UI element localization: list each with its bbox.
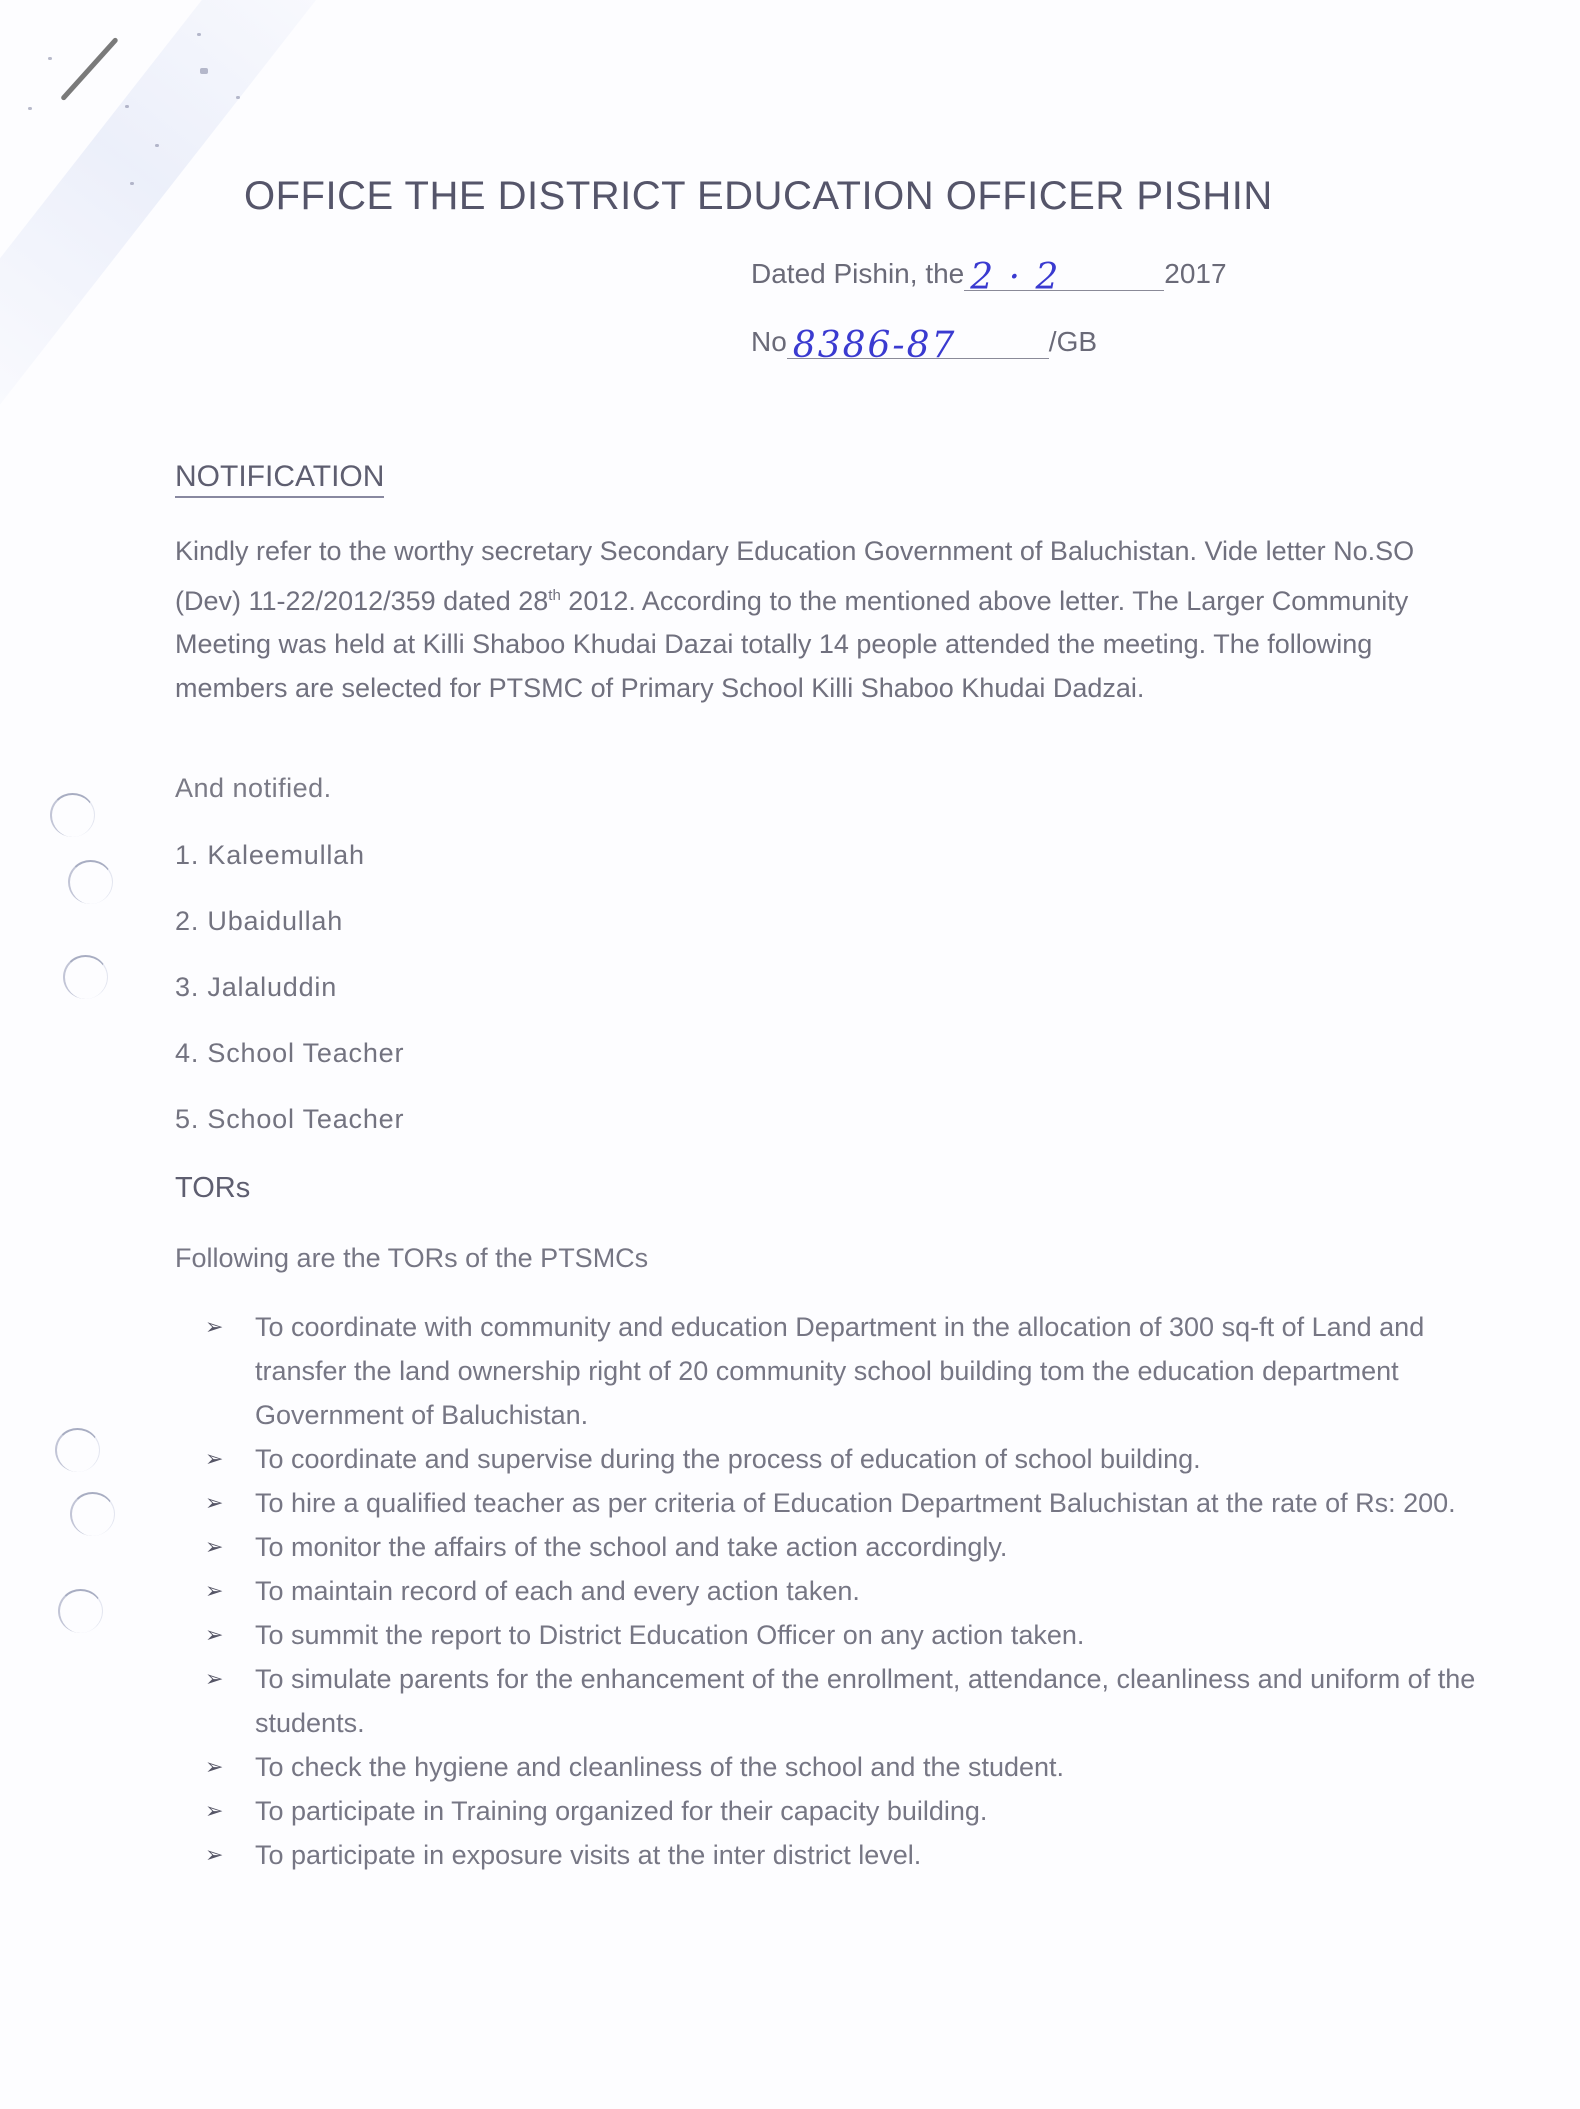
tor-item: ➢To check the hygiene and cleanliness of…: [200, 1745, 1490, 1789]
tor-item: ➢To maintain record of each and every ac…: [200, 1569, 1490, 1613]
handwritten-number: 8386-87: [793, 325, 957, 366]
arrow-bullet-icon: ➢: [205, 1569, 223, 1613]
dust-speck: [130, 182, 134, 185]
tor-text: To coordinate and supervise during the p…: [255, 1444, 1201, 1474]
arrow-bullet-icon: ➢: [205, 1525, 223, 1569]
tor-text: To check the hygiene and cleanliness of …: [255, 1752, 1064, 1782]
arrow-bullet-icon: ➢: [205, 1833, 223, 1877]
dust-speck: [125, 105, 129, 108]
notification-paragraph: Kindly refer to the worthy secretary Sec…: [175, 530, 1485, 710]
dust-speck: [200, 68, 208, 74]
tor-text: To participate in Training organized for…: [255, 1796, 987, 1826]
dated-label: Dated Pishin, the: [751, 258, 964, 289]
staple-mark: [60, 37, 119, 101]
punch-hole: [55, 1428, 100, 1472]
punch-hole: [68, 860, 113, 904]
tor-item: ➢To summit the report to District Educat…: [200, 1613, 1490, 1657]
tors-intro: Following are the TORs of the PTSMCs: [175, 1243, 648, 1274]
tor-item: ➢To participate in Training organized fo…: [200, 1789, 1490, 1833]
arrow-bullet-icon: ➢: [205, 1305, 223, 1349]
dust-speck: [155, 144, 159, 147]
arrow-bullet-icon: ➢: [205, 1789, 223, 1833]
member-item: 4. School Teacher: [175, 1036, 404, 1102]
tors-heading: TORs: [175, 1172, 250, 1205]
notification-heading: NOTIFICATION: [175, 460, 384, 498]
punch-hole: [63, 955, 108, 999]
tor-item: ➢To participate in exposure visits at th…: [200, 1833, 1490, 1877]
punch-hole: [58, 1589, 103, 1633]
dust-speck: [197, 33, 201, 36]
dust-speck: [236, 96, 240, 99]
tor-list: ➢To coordinate with community and educat…: [200, 1305, 1490, 1877]
member-item: 3. Jalaluddin: [175, 970, 404, 1036]
scan-streak: [0, 0, 381, 469]
handwritten-date: 2 · 2: [970, 257, 1060, 298]
number-blank: 8386-87: [787, 326, 1049, 359]
tor-item: ➢To coordinate and supervise during the …: [200, 1437, 1490, 1481]
arrow-bullet-icon: ➢: [205, 1657, 223, 1701]
office-title: OFFICE THE DISTRICT EDUCATION OFFICER PI…: [244, 174, 1273, 219]
arrow-bullet-icon: ➢: [205, 1613, 223, 1657]
tor-text: To monitor the affairs of the school and…: [255, 1532, 1007, 1562]
tor-item: ➢To coordinate with community and educat…: [200, 1305, 1490, 1437]
arrow-bullet-icon: ➢: [205, 1437, 223, 1481]
and-notified-text: And notified.: [175, 773, 332, 804]
punch-hole: [70, 1492, 115, 1536]
date-blank: 2 · 2: [964, 258, 1164, 291]
member-item: 2. Ubaidullah: [175, 904, 404, 970]
tor-item: ➢To hire a qualified teacher as per crit…: [200, 1481, 1490, 1525]
tor-text: To summit the report to District Educati…: [255, 1620, 1084, 1650]
tor-text: To hire a qualified teacher as per crite…: [255, 1488, 1456, 1518]
tor-item: ➢To monitor the affairs of the school an…: [200, 1525, 1490, 1569]
punch-hole: [50, 793, 95, 837]
arrow-bullet-icon: ➢: [205, 1481, 223, 1525]
number-suffix: /GB: [1049, 326, 1097, 357]
member-item: 5. School Teacher: [175, 1102, 404, 1168]
member-list: 1. Kaleemullah 2. Ubaidullah 3. Jalaludd…: [175, 838, 404, 1168]
dated-line: Dated Pishin, the2 · 2 2017: [751, 258, 1227, 291]
tor-text: To coordinate with community and educati…: [255, 1312, 1424, 1430]
dated-year: 2017: [1164, 258, 1226, 289]
tor-text: To participate in exposure visits at the…: [255, 1840, 921, 1870]
tor-text: To maintain record of each and every act…: [255, 1576, 860, 1606]
arrow-bullet-icon: ➢: [205, 1745, 223, 1789]
tor-text: To simulate parents for the enhancement …: [255, 1664, 1475, 1738]
member-item: 1. Kaleemullah: [175, 838, 404, 904]
dust-speck: [48, 57, 52, 60]
dust-speck: [28, 107, 32, 110]
tor-item: ➢To simulate parents for the enhancement…: [200, 1657, 1490, 1745]
reference-number-line: No8386-87 /GB: [751, 326, 1097, 359]
ordinal-suffix: th: [548, 587, 561, 604]
number-label: No: [751, 326, 787, 357]
